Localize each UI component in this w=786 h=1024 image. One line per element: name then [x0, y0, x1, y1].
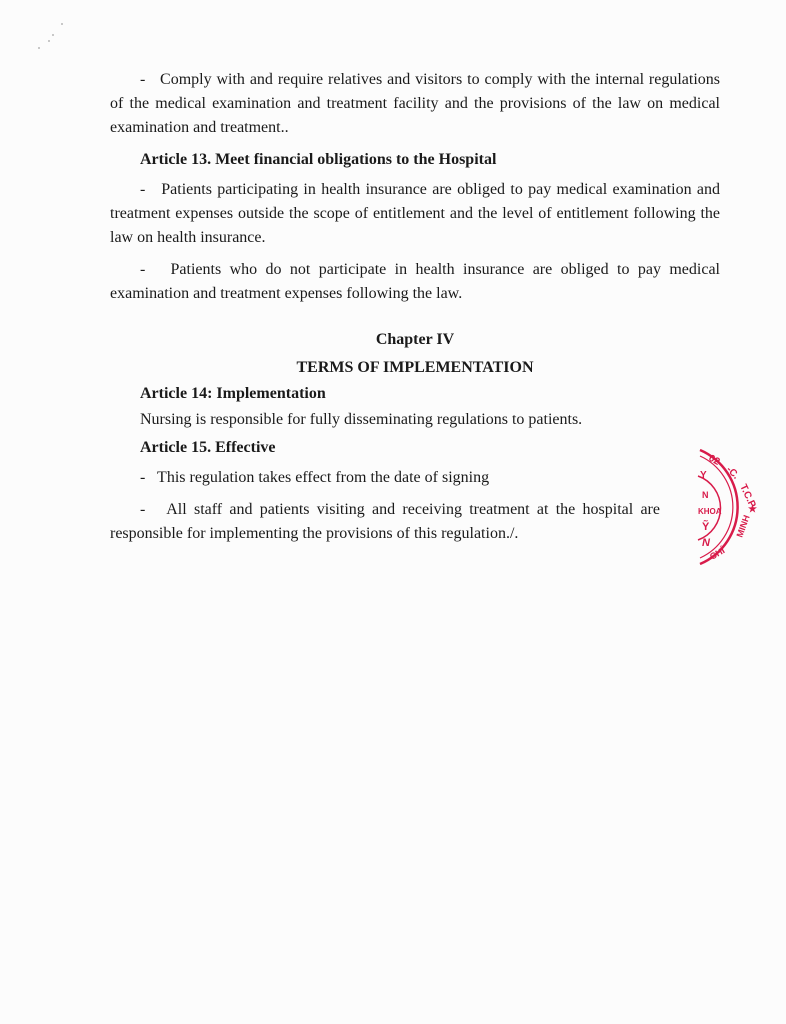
chapter-title: TERMS OF IMPLEMENTATION	[110, 356, 720, 380]
chapter-number: Chapter IV	[110, 328, 720, 352]
bullet-marker: -	[140, 181, 145, 198]
article-15-heading: Article 15. Effective	[110, 436, 720, 460]
intro-bullet: - Comply with and require relatives and …	[110, 68, 720, 140]
article-14-text: Nursing is responsible for fully dissemi…	[110, 408, 720, 432]
document-page: - Comply with and require relatives and …	[0, 0, 786, 1024]
bullet-text: All staff and patients visiting and rece…	[110, 501, 660, 542]
svg-text:KHOA: KHOA	[698, 507, 722, 516]
official-stamp-icon: 02 -C. T.C.P ★ MINH CHÍ Y N KHOA Ỹ N	[690, 442, 770, 572]
bullet-marker: -	[140, 261, 145, 278]
svg-text:-C.: -C.	[724, 464, 741, 481]
svg-text:N: N	[702, 490, 709, 500]
article-13-heading: Article 13. Meet financial obligations t…	[110, 148, 720, 172]
bullet-text: Patients participating in health insuran…	[110, 181, 720, 246]
document-body: - Comply with and require relatives and …	[110, 68, 720, 554]
svg-text:Ỹ: Ỹ	[702, 520, 710, 533]
bullet-text: Comply with and require relatives and vi…	[110, 71, 720, 136]
bullet-text: This regulation takes effect from the da…	[157, 469, 489, 486]
svg-text:N: N	[702, 537, 711, 549]
article-13-bullet-1: - Patients participating in health insur…	[110, 178, 720, 250]
svg-text:★: ★	[748, 504, 757, 515]
article-14-heading: Article 14: Implementation	[110, 382, 720, 406]
bullet-marker: -	[140, 71, 145, 88]
bullet-text: Patients who do not participate in healt…	[110, 261, 720, 302]
svg-text:Y: Y	[700, 470, 707, 481]
bullet-marker: -	[140, 469, 145, 486]
article-13-bullet-2: - Patients who do not participate in hea…	[110, 258, 720, 306]
bullet-marker: -	[140, 501, 145, 518]
article-15-bullet-2: - All staff and patients visiting and re…	[110, 498, 660, 546]
article-15-bullet-1: - This regulation takes effect from the …	[110, 466, 720, 490]
